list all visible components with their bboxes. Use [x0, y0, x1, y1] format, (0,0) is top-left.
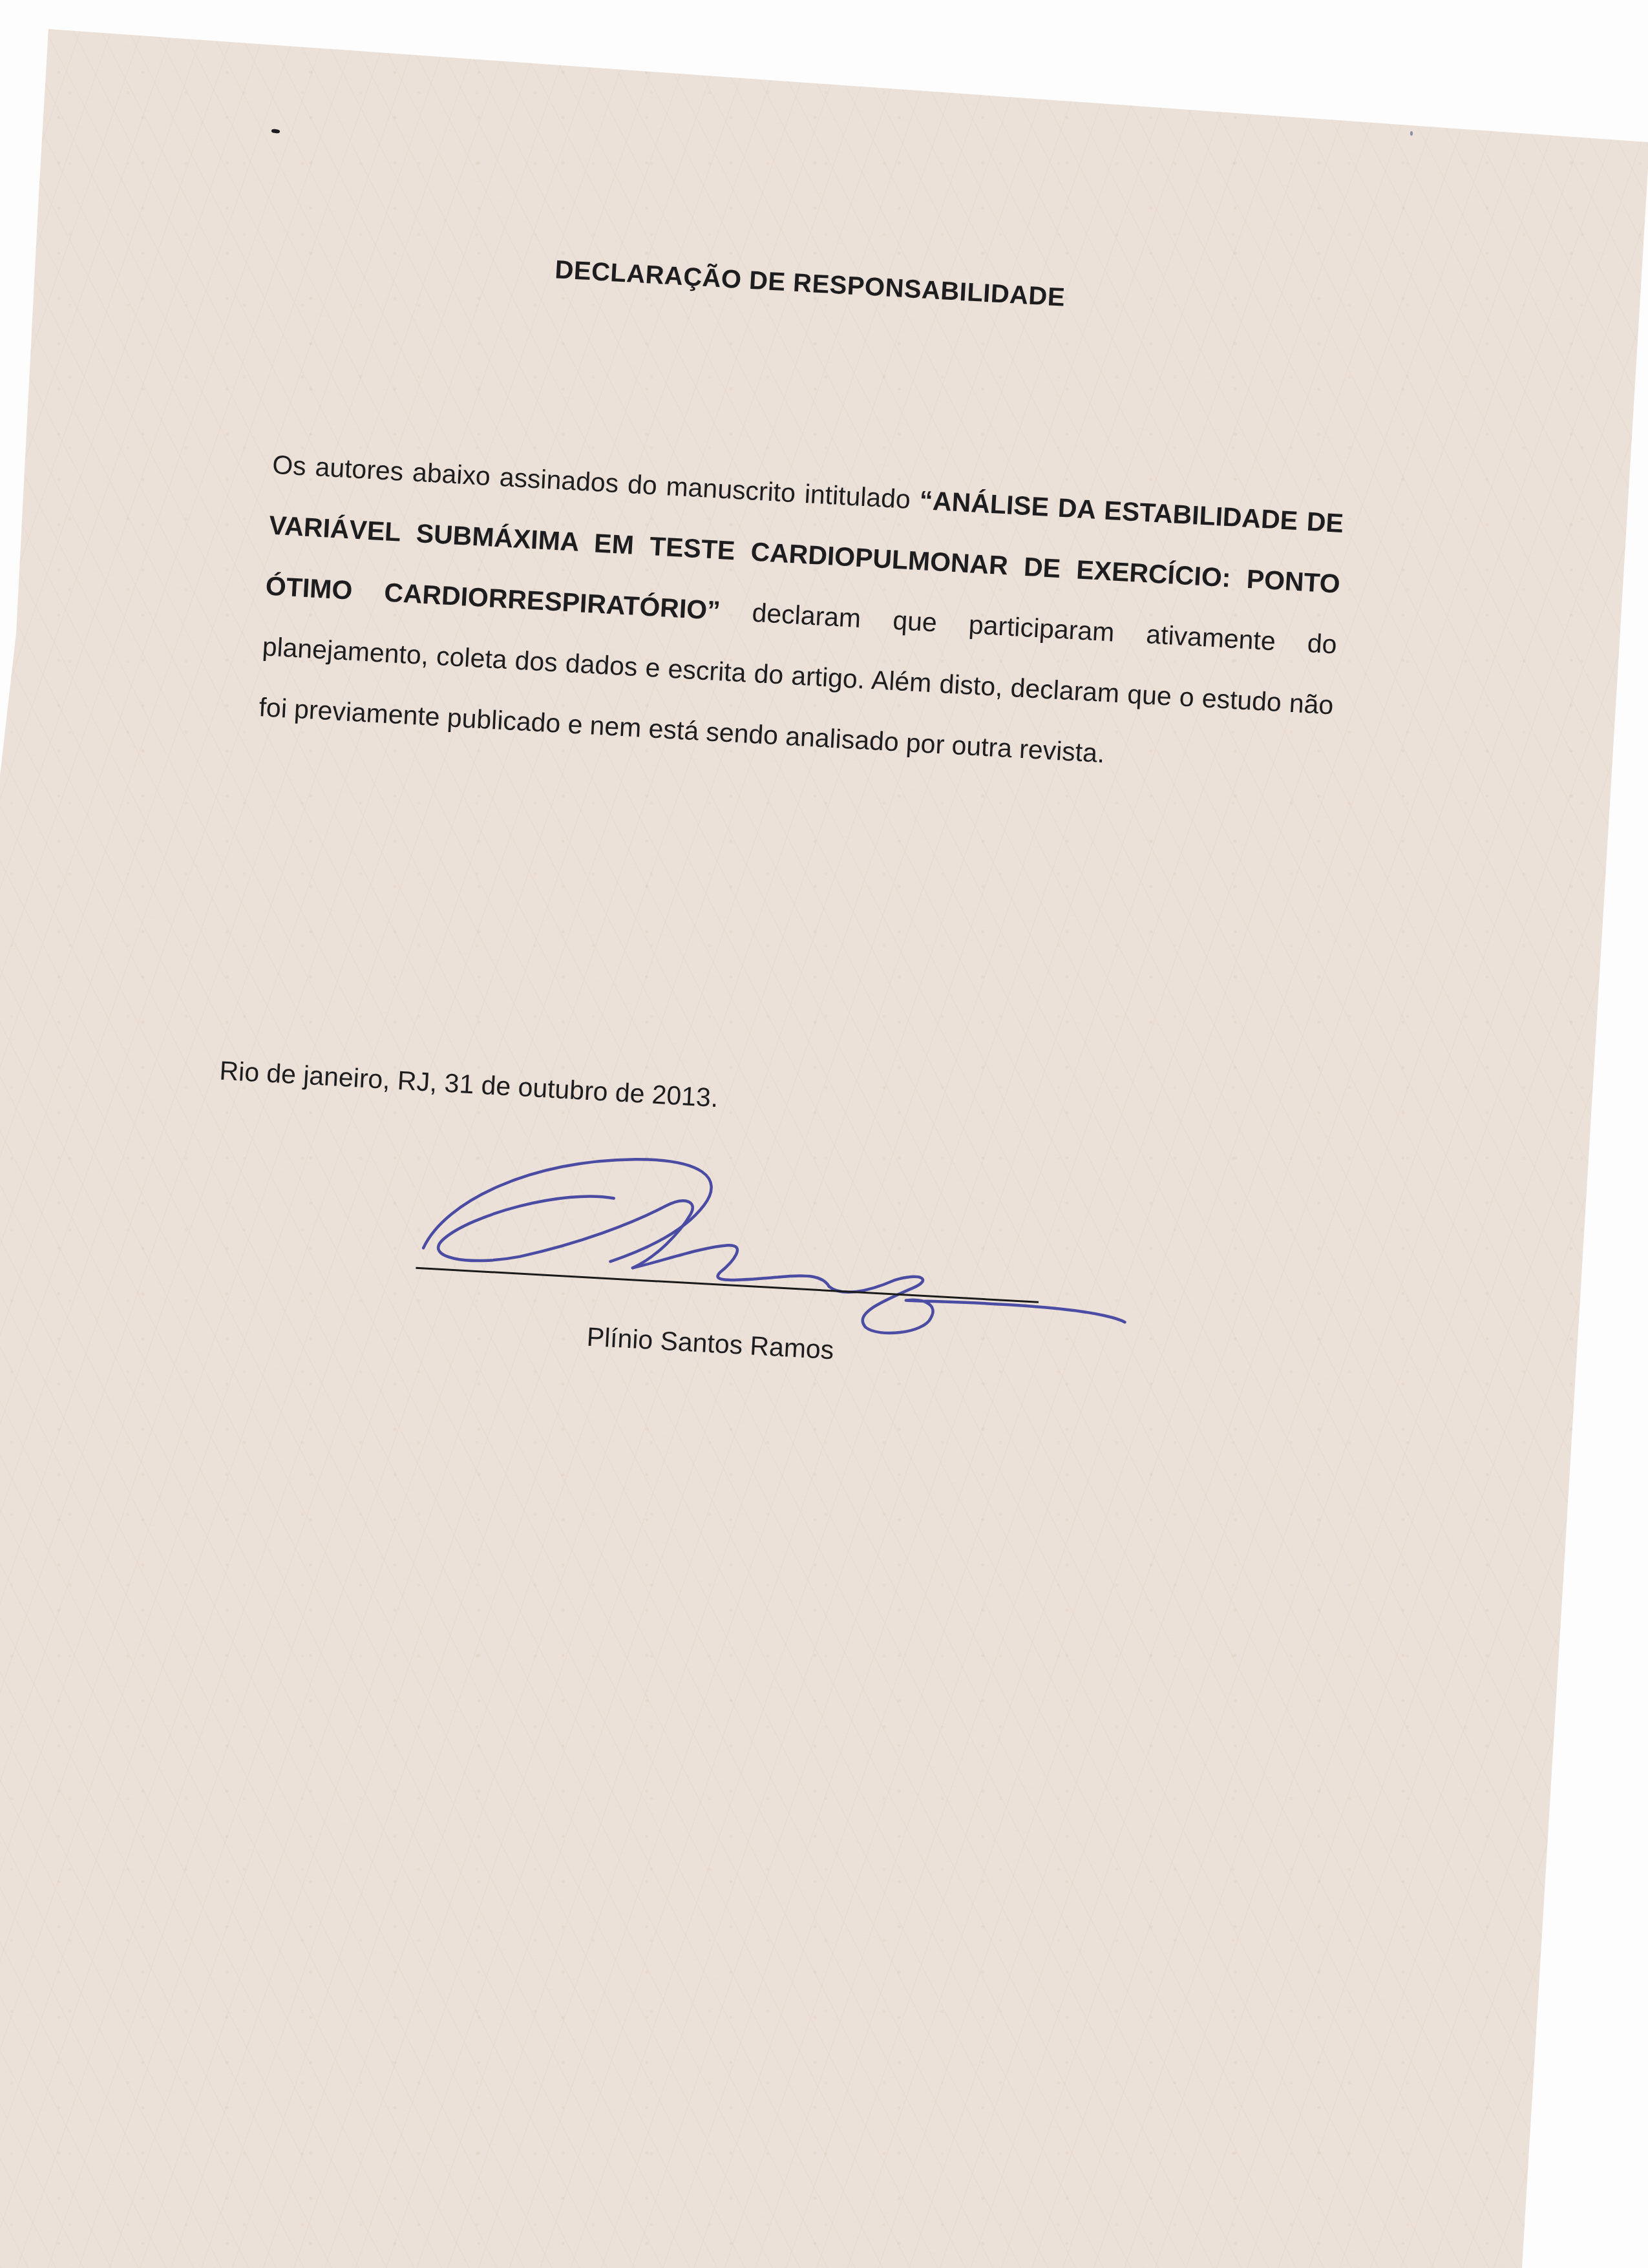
signature-block: Plínio Santos Ramos [408, 1141, 1197, 1442]
declaration-paragraph: Os autores abaixo assinados do manuscrit… [257, 434, 1345, 797]
ink-speck [1410, 131, 1413, 136]
paper-sheet [0, 0, 1648, 2268]
paragraph-rest: declaram que participaram ativamente do … [258, 596, 1337, 768]
